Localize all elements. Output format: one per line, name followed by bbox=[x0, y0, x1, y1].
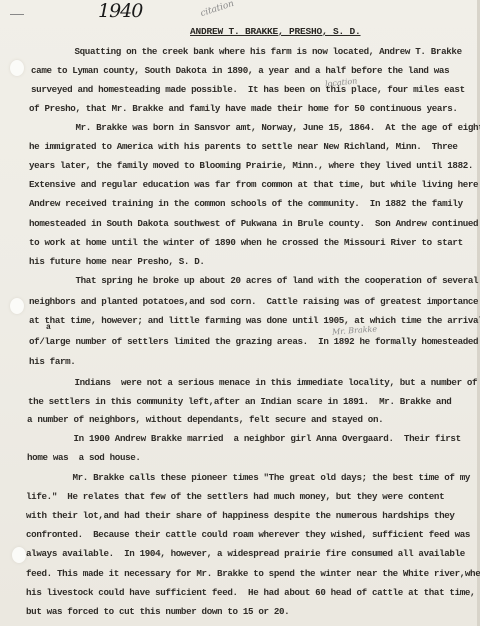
text-line: at that time, however; and little farmin… bbox=[29, 315, 480, 326]
text-line: but was forced to cut this number down t… bbox=[26, 606, 289, 617]
text-line: his future home near Presho, S. D. bbox=[29, 256, 205, 267]
text-line: years later, the family moved to Bloomin… bbox=[29, 160, 473, 171]
punch-hole-top bbox=[10, 60, 24, 76]
punch-hole-bottom bbox=[12, 547, 26, 563]
text-line: Squatting on the creek bank where his fa… bbox=[28, 46, 462, 57]
text-line: In 1900 Andrew Brakke married a neighbor… bbox=[27, 433, 461, 444]
handwritten-mr-brakke-insert: Mr. Brakke bbox=[332, 324, 378, 336]
text-line: with their lot,and had their share of ha… bbox=[26, 510, 455, 521]
text-line: Mr. Brakke was born in Sansvor amt, Norw… bbox=[29, 122, 480, 133]
text-line: came to Lyman county, South Dakota in 18… bbox=[31, 65, 449, 76]
text-line: Indians were not a serious menace in thi… bbox=[28, 377, 477, 388]
document-page: 1940 citation ANDREW T. BRAKKE, PRESHO, … bbox=[0, 0, 480, 626]
handwritten-citation-note: citation bbox=[199, 0, 235, 19]
text-line: of Presho, that Mr. Brakke and family ha… bbox=[29, 103, 458, 114]
text-line: life." He relates that few of the settle… bbox=[26, 491, 444, 502]
text-line: homesteaded in South Dakota southwest of… bbox=[29, 218, 478, 229]
punch-hole-middle bbox=[10, 298, 24, 314]
handwritten-year: 1940 bbox=[98, 0, 142, 22]
text-line: That spring he broke up about 20 acres o… bbox=[29, 275, 478, 286]
text-line: of/large number of settlers limited the … bbox=[29, 336, 478, 347]
text-line: his farm. bbox=[29, 356, 75, 367]
text-line: feed. This made it necessary for Mr. Bra… bbox=[26, 568, 480, 579]
text-line: neighbors and planted potatoes,and sod c… bbox=[29, 296, 478, 307]
margin-mark bbox=[10, 14, 24, 15]
text-line: a number of neighbors, without dependant… bbox=[27, 414, 383, 425]
text-line: his livestock could have sufficient feed… bbox=[26, 587, 475, 598]
text-line: confronted. Because their cattle could r… bbox=[26, 529, 470, 540]
text-line: to work at home until the winter of 1890… bbox=[29, 237, 463, 248]
text-line: Andrew received training in the common s… bbox=[29, 198, 463, 209]
text-line: he immigrated to America with his parent… bbox=[29, 141, 458, 152]
document-title: ANDREW T. BRAKKE, PRESHO, S. D. bbox=[190, 26, 361, 37]
text-line: surveyed and homesteading made possible.… bbox=[31, 84, 465, 95]
text-line: always available. In 1904, however, a wi… bbox=[26, 548, 465, 559]
text-line: Mr. Brakke calls these pioneer times "Th… bbox=[26, 472, 470, 483]
text-line: home was a sod house. bbox=[27, 452, 141, 463]
text-line: the settlers in this community left,afte… bbox=[28, 396, 451, 407]
text-line: Extensive and regular education was far … bbox=[29, 179, 478, 190]
